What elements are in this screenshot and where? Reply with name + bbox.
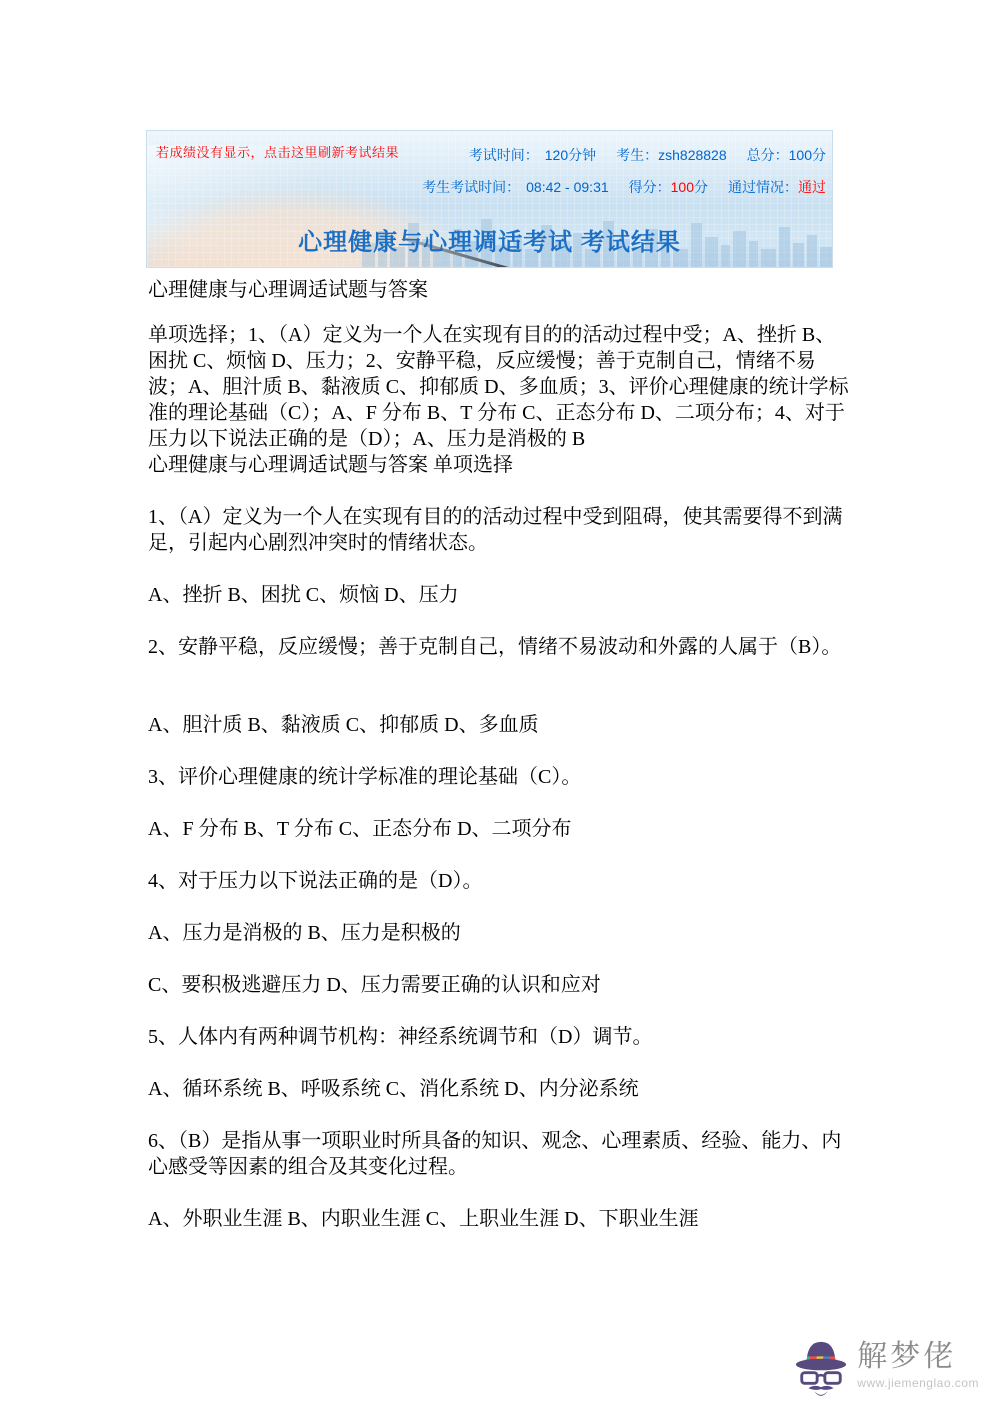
- document-body: 心理健康与心理调适试题与答案单项选择；1、（A）定义为一个人在实现有目的的活动过…: [148, 277, 853, 1258]
- site-name: 解梦佬: [857, 1342, 979, 1372]
- doc-title: 心理健康与心理调适试题与答案: [148, 277, 853, 303]
- obtained-score-label: 得分：: [629, 179, 671, 195]
- pass-status-value: 通过: [798, 179, 826, 195]
- jiemenglao-logo-icon: [795, 1334, 847, 1396]
- pass-status: 通过情况：通过: [728, 179, 826, 195]
- banner-title: 心理健康与心理调适考试 考试结果: [147, 222, 832, 257]
- total-score: 总分：100分: [747, 147, 826, 163]
- exam-info-row-1: 考试时间：120分钟考生：zsh828828总分：100分: [469, 145, 826, 165]
- exam-info-row-2: 考生考试时间：08:42 - 09:31得分：100分通过情况：通过: [422, 177, 826, 197]
- summary-paragraph: 单项选择；1、（A）定义为一个人在实现有目的的活动过程中受；A、挫折 B、困扰 …: [148, 322, 853, 452]
- total-score-value: 100分: [789, 147, 826, 163]
- options-4-cd: C、要积极逃避压力 D、压力需要正确的认识和应对: [148, 972, 853, 998]
- examinee-label: 考生：: [616, 147, 658, 163]
- options-1: A、挫折 B、困扰 C、烦恼 D、压力: [148, 582, 853, 608]
- question-5: 5、人体内有两种调节机构：神经系统调节和（D）调节。: [148, 1024, 853, 1050]
- options-4-ab: A、压力是消极的 B、压力是积极的: [148, 920, 853, 946]
- pass-status-label: 通过情况：: [728, 179, 798, 195]
- options-5: A、循环系统 B、呼吸系统 C、消化系统 D、内分泌系统: [148, 1076, 853, 1102]
- refresh-results-link[interactable]: 若成绩没有显示，点击这里刷新考试结果: [156, 142, 399, 161]
- site-watermark: 解梦佬 www.jiemenglao.com: [795, 1334, 979, 1396]
- blank-line: [148, 686, 853, 712]
- site-watermark-text: 解梦佬 www.jiemenglao.com: [857, 1342, 979, 1389]
- exam-result-banner: 若成绩没有显示，点击这里刷新考试结果 考试时间：120分钟考生：zsh82882…: [146, 130, 833, 268]
- question-6: 6、（B）是指从事一项职业时所具备的知识、观念、心理素质、经验、能力、内心感受等…: [148, 1128, 853, 1180]
- examinee-value: zsh828828: [658, 147, 727, 163]
- exam-duration: 考试时间：120分钟: [469, 147, 596, 163]
- question-4: 4、对于压力以下说法正确的是（D）。: [148, 868, 853, 894]
- doc-subtitle: 心理健康与心理调适试题与答案 单项选择: [148, 452, 853, 478]
- question-3: 3、评价心理健康的统计学标准的理论基础（C）。: [148, 764, 853, 790]
- question-1: 1、（A）定义为一个人在实现有目的的活动过程中受到阻碍，使其需要得不到满足，引起…: [148, 504, 853, 556]
- obtained-score-unit: 分: [694, 179, 708, 195]
- obtained-score: 得分：100分: [629, 179, 708, 195]
- exam-duration-value: 120分钟: [545, 147, 596, 163]
- options-2: A、胆汁质 B、黏液质 C、抑郁质 D、多血质: [148, 712, 853, 738]
- exam-time-range: 考生考试时间：08:42 - 09:31: [422, 179, 609, 195]
- exam-time-range-value: 08:42 - 09:31: [526, 179, 609, 195]
- obtained-score-value: 100: [671, 179, 694, 195]
- page: 若成绩没有显示，点击这里刷新考试结果 考试时间：120分钟考生：zsh82882…: [0, 0, 993, 1404]
- exam-time-range-label: 考生考试时间：: [422, 179, 520, 195]
- options-3: A、F 分布 B、T 分布 C、正态分布 D、二项分布: [148, 816, 853, 842]
- site-url: www.jiemenglao.com: [857, 1377, 979, 1389]
- options-6: A、外职业生涯 B、内职业生涯 C、上职业生涯 D、下职业生涯: [148, 1206, 853, 1232]
- question-2: 2、安静平稳，反应缓慢；善于克制自己，情绪不易波动和外露的人属于（B）。: [148, 634, 853, 660]
- exam-duration-label: 考试时间：: [469, 147, 539, 163]
- total-score-label: 总分：: [747, 147, 789, 163]
- examinee: 考生：zsh828828: [616, 147, 727, 163]
